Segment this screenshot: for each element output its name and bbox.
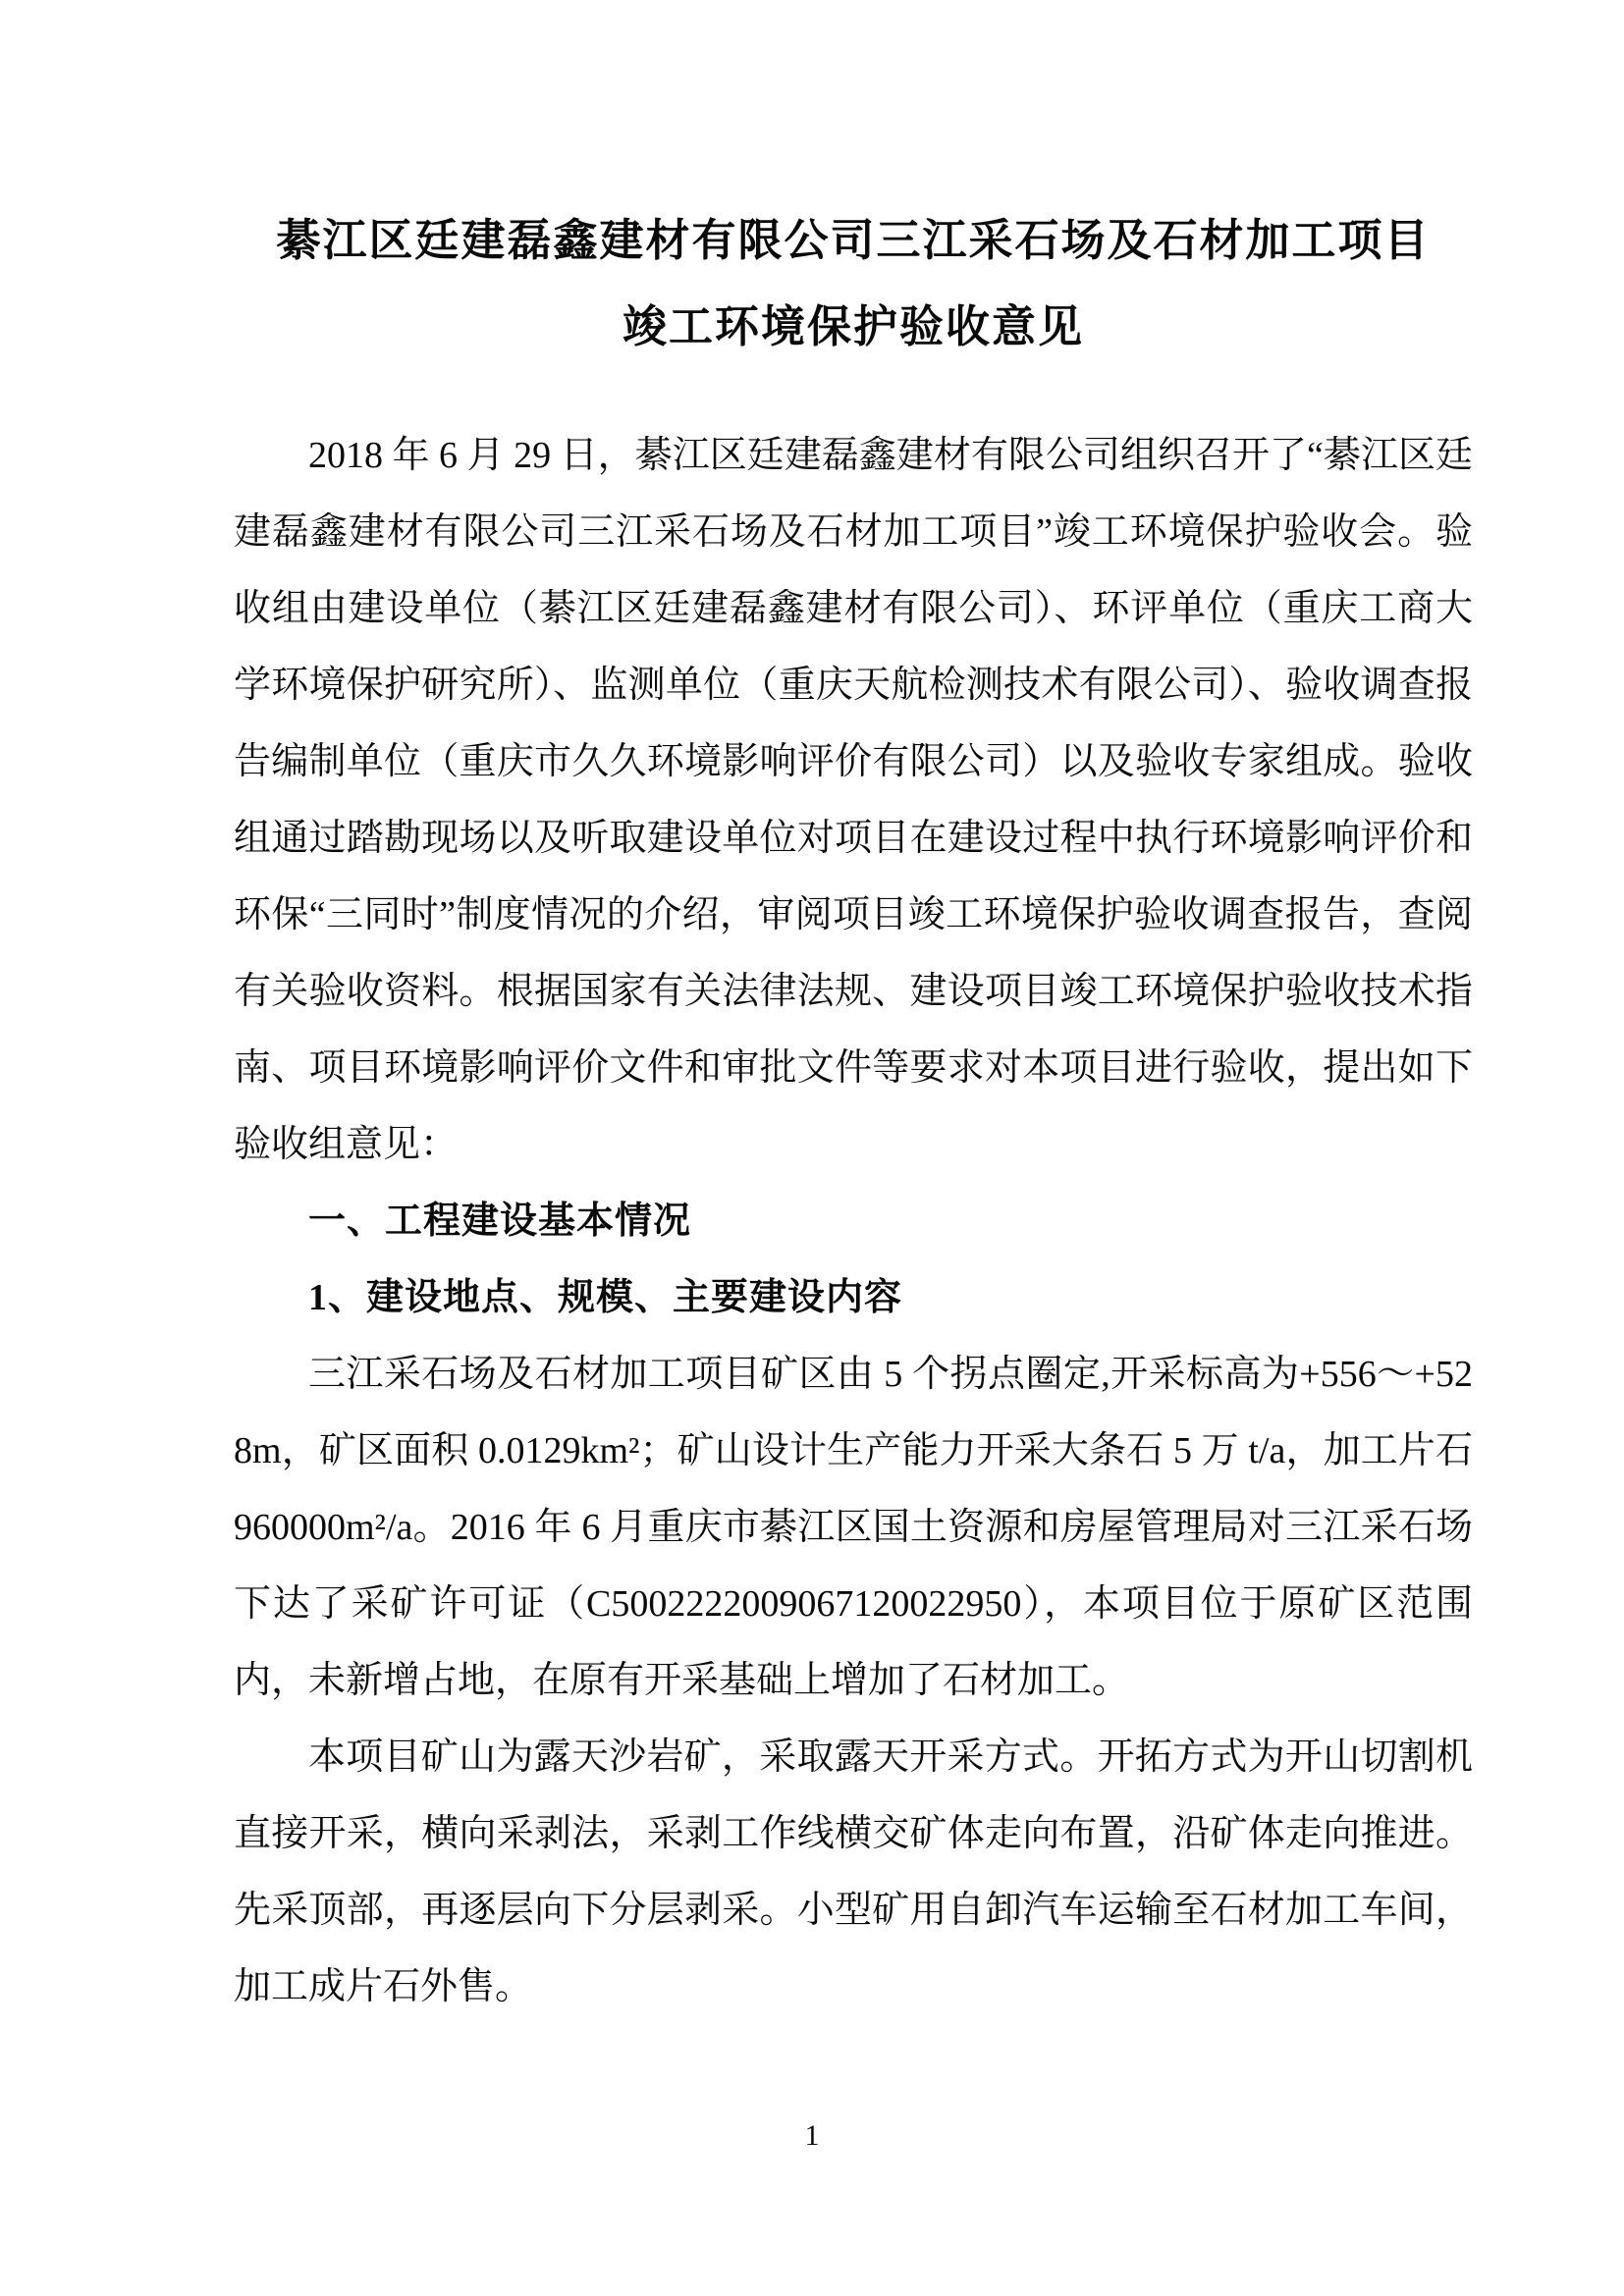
- document-body: 2018 年 6 月 29 日，綦江区廷建磊鑫建材有限公司组织召开了“綦江区廷建…: [234, 417, 1473, 2025]
- scale-paragraph: 三江采石场及石材加工项目矿区由 5 个拐点圈定,开采标高为+556～+528m，…: [234, 1336, 1473, 1719]
- document-page: 綦江区廷建磊鑫建材有限公司三江采石场及石材加工项目 竣工环境保护验收意见 201…: [0, 0, 1624, 2296]
- page-number: 1: [0, 2118, 1624, 2154]
- section-1-heading: 一、工程建设基本情况: [234, 1183, 1473, 1259]
- document-content: 綦江区廷建磊鑫建材有限公司三江采石场及石材加工项目 竣工环境保护验收意见 201…: [234, 197, 1473, 2025]
- intro-paragraph: 2018 年 6 月 29 日，綦江区廷建磊鑫建材有限公司组织召开了“綦江区廷建…: [234, 417, 1473, 1183]
- document-title: 綦江区廷建磊鑫建材有限公司三江采石场及石材加工项目 竣工环境保护验收意见: [234, 197, 1473, 370]
- document-title-line-1: 綦江区廷建磊鑫建材有限公司三江采石场及石材加工项目: [234, 197, 1473, 284]
- section-1-sub-heading: 1、建设地点、规模、主要建设内容: [234, 1259, 1473, 1336]
- mining-method-paragraph: 本项目矿山为露天沙岩矿，采取露天开采方式。开拓方式为开山切割机直接开采，横向采剥…: [234, 1719, 1473, 2025]
- document-title-line-2: 竣工环境保护验收意见: [234, 284, 1473, 370]
